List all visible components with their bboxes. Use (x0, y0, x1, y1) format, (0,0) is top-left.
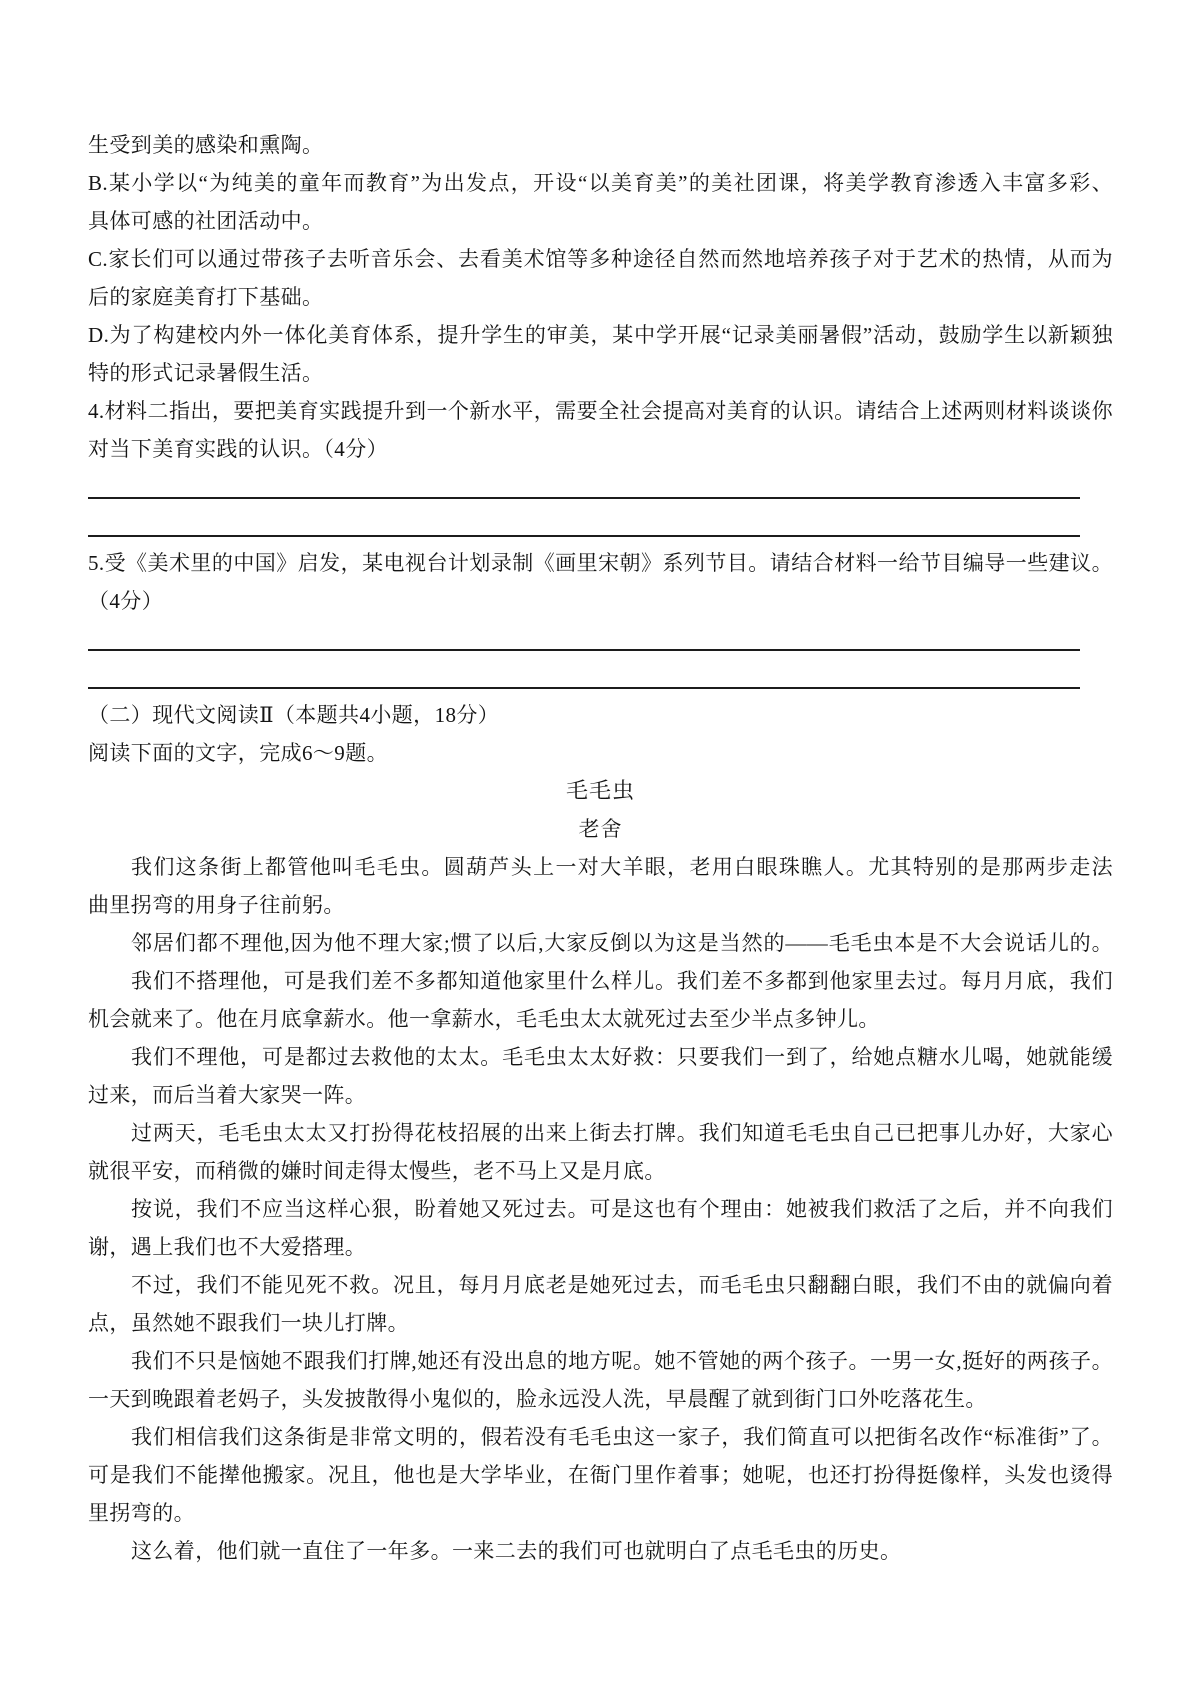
question-4-line-2: 对当下美育实践的认识。（4分） (88, 430, 1113, 468)
option-a-continuation: 生受到美的感染和熏陶。 (88, 126, 1113, 164)
passage-line: 里拐弯的。 (88, 1494, 1113, 1532)
document-body: 生受到美的感染和熏陶。 B.某小学以“为纯美的童年而教育”为出发点，开设“以美育… (88, 126, 1113, 1570)
passage-line: 不过，我们不能见死不救。况且，每月月底老是她死过去，而毛毛虫只翻翻白眼，我们不由… (88, 1266, 1113, 1304)
passage-line: 可是我们不能撵他搬家。况且，他也是大学毕业，在衙门里作着事；她呢，也还打扮得挺像… (88, 1456, 1113, 1494)
passage-line: 我们相信我们这条街是非常文明的，假若没有毛毛虫这一家子，我们简直可以把街名改作“… (88, 1418, 1113, 1456)
answer-blank-line (88, 687, 1080, 689)
question-5-line-1: 5.受《美术里的中国》启发，某电视台计划录制《画里宋朝》系列节目。请结合材料一给… (88, 544, 1113, 582)
option-b-line-1: B.某小学以“为纯美的童年而教育”为出发点，开设“以美育美”的美社团课，将美学教… (88, 164, 1113, 202)
question-4-answer-blank-row-1 (88, 468, 1113, 506)
passage-line: 过来，而后当着大家哭一阵。 (88, 1076, 1113, 1114)
passage-line: 就很平安，而稍微的嫌时间走得太慢些，老不马上又是月底。 (88, 1152, 1113, 1190)
option-d-line-2: 特的形式记录暑假生活。 (88, 354, 1113, 392)
section-2-header: （二）现代文阅读Ⅱ（本题共4小题，18分） (88, 696, 1113, 734)
option-d-line-1: D.为了构建校内外一体化美育体系，提升学生的审美，某中学开展“记录美丽暑假”活动… (88, 316, 1113, 354)
reading-instruction: 阅读下面的文字，完成6～9题。 (88, 734, 1113, 772)
passage-line: 我们不理他，可是都过去救他的太太。毛毛虫太太好救：只要我们一到了，给她点糖水儿喝… (88, 1038, 1113, 1076)
option-c-line-2: 后的家庭美育打下基础。 (88, 278, 1113, 316)
exam-page: 生受到美的感染和熏陶。 B.某小学以“为纯美的童年而教育”为出发点，开设“以美育… (0, 0, 1200, 1698)
passage-line: 一天到晚跟着老妈子，头发披散得小鬼似的，脸永远没人洗，早晨醒了就到街门口外吃落花… (88, 1380, 1113, 1418)
passage-line: 我们这条街上都管他叫毛毛虫。圆葫芦头上一对大羊眼，老用白眼珠瞧人。尤其特别的是那… (88, 848, 1113, 886)
passage-line: 邻居们都不理他,因为他不理大家;惯了以后,大家反倒以为这是当然的——毛毛虫本是不… (88, 924, 1113, 962)
answer-blank-line (88, 497, 1080, 499)
question-5-answer-blank-row-1 (88, 620, 1113, 658)
passage-title: 毛毛虫 (88, 772, 1113, 810)
question-5-score-note: （4分） (88, 582, 1113, 620)
answer-blank-line (88, 649, 1080, 651)
passage-line: 这么着，他们就一直住了一年多。一来二去的我们可也就明白了点毛毛虫的历史。 (88, 1532, 1113, 1570)
passage-line: 点，虽然她不跟我们一块儿打牌。 (88, 1304, 1113, 1342)
option-b-line-2: 具体可感的社团活动中。 (88, 202, 1113, 240)
question-5-answer-blank-row-2 (88, 658, 1113, 696)
passage-line: 按说，我们不应当这样心狠，盼着她又死过去。可是这也有个理由：她被我们救活了之后，… (88, 1190, 1113, 1228)
passage-line: 谢，遇上我们也不大爱搭理。 (88, 1228, 1113, 1266)
passage-line: 我们不只是恼她不跟我们打牌,她还有没出息的地方呢。她不管她的两个孩子。一男一女,… (88, 1342, 1113, 1380)
option-c-line-1: C.家长们可以通过带孩子去听音乐会、去看美术馆等多种途径自然而然地培养孩子对于艺… (88, 240, 1113, 278)
passage-line: 机会就来了。他在月底拿薪水。他一拿薪水，毛毛虫太太就死过去至少半点多钟儿。 (88, 1000, 1113, 1038)
passage-line: 我们不搭理他，可是我们差不多都知道他家里什么样儿。我们差不多都到他家里去过。每月… (88, 962, 1113, 1000)
answer-blank-line (88, 535, 1080, 537)
passage-line: 过两天，毛毛虫太太又打扮得花枝招展的出来上街去打牌。我们知道毛毛虫自己已把事儿办… (88, 1114, 1113, 1152)
passage-line: 曲里拐弯的用身子往前躬。 (88, 886, 1113, 924)
passage-author: 老舍 (88, 810, 1113, 848)
question-4-line-1: 4.材料二指出，要把美育实践提升到一个新水平，需要全社会提高对美育的认识。请结合… (88, 392, 1113, 430)
question-4-answer-blank-row-2 (88, 506, 1113, 544)
